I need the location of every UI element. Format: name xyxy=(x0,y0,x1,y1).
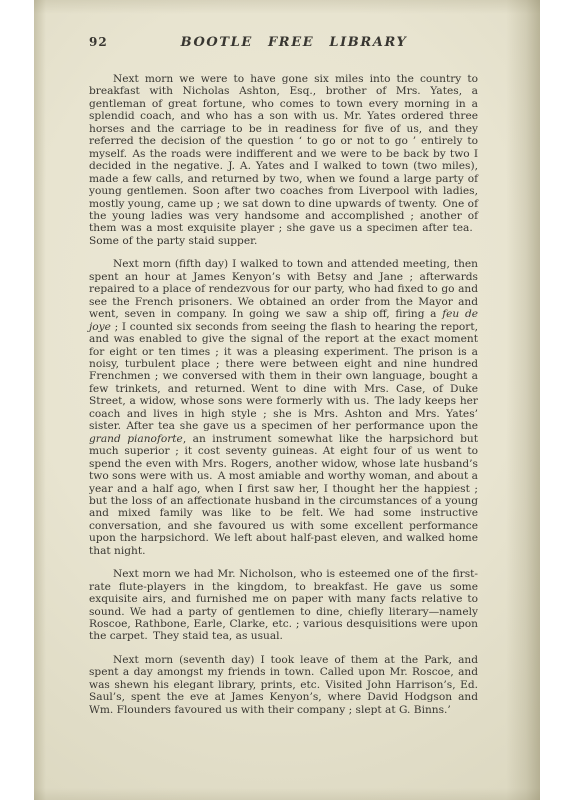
page-number: 92 xyxy=(89,35,108,49)
paragraph: Next morn we had Mr. Nicholson, who is e… xyxy=(89,568,478,643)
text-segment: , an instrument somewhat like the harpsi… xyxy=(89,433,478,557)
paragraph: Next morn (fifth day) I walked to town a… xyxy=(89,258,478,557)
running-title: BOOTLE FREE LIBRARY xyxy=(34,35,540,50)
text-segment: Next morn (fifth day) I walked to town a… xyxy=(89,258,478,320)
paragraph: Next morn (seventh day) I took leave of … xyxy=(89,654,478,716)
page-text: Next morn we were to have gone six miles… xyxy=(89,73,478,716)
paragraph: Next morn we were to have gone six miles… xyxy=(89,73,478,247)
italic-phrase: grand pianoforte xyxy=(89,433,183,445)
scan-background: 92 BOOTLE FREE LIBRARY Next morn we were… xyxy=(0,0,566,800)
text-segment: Next morn (seventh day) I took leave of … xyxy=(89,654,478,716)
text-segment: Next morn we were to have gone six miles… xyxy=(89,73,478,247)
text-segment: ; I counted six seconds from seeing the … xyxy=(89,321,478,433)
page-header: 92 BOOTLE FREE LIBRARY xyxy=(34,0,540,51)
book-page: 92 BOOTLE FREE LIBRARY Next morn we were… xyxy=(34,0,540,800)
text-segment: Next morn we had Mr. Nicholson, who is e… xyxy=(89,568,478,642)
